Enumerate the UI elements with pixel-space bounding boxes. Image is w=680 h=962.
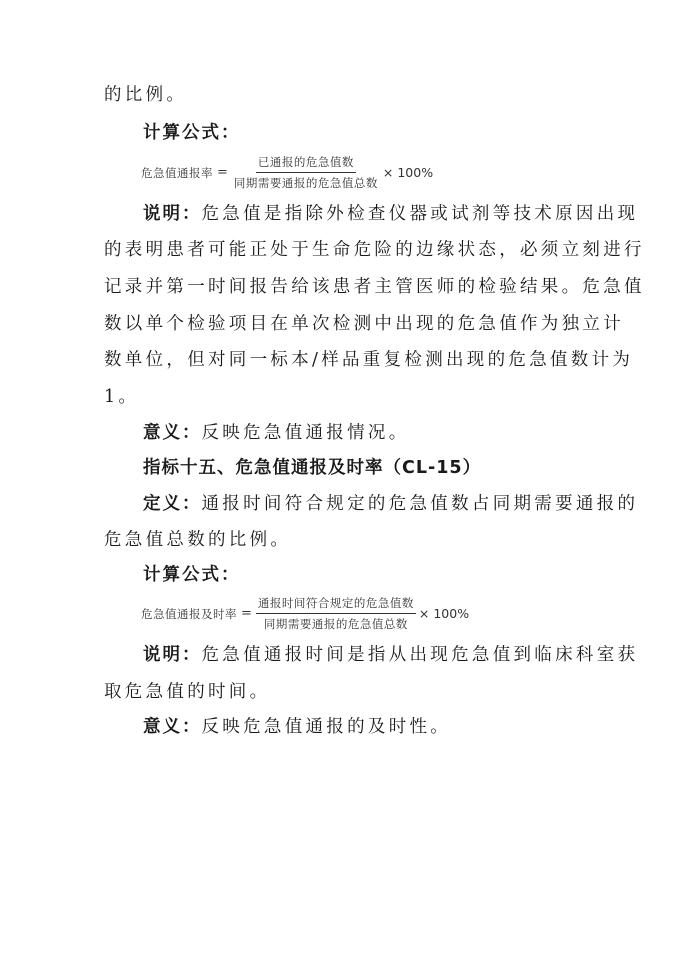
- formula1-denominator: 同期需要通报的危急值总数: [232, 173, 380, 191]
- formula2-fraction: 通报时间符合规定的危急值数 同期需要通报的危急值总数: [256, 595, 416, 632]
- paragraph-tail: 的比例。: [104, 84, 187, 106]
- formula1-multiplier: × 100%: [383, 165, 433, 180]
- formula2-label: 计算公式：: [143, 564, 241, 586]
- explain1-text: 危急值是指除外检查仪器或试剂等技术原因出现: [202, 204, 639, 224]
- formula2-lhs: 危急值通报及时率: [141, 606, 237, 622]
- definition2-line-0: 定义：通报时间符合规定的危急值数占同期需要通报的: [143, 493, 638, 515]
- definition2-line-1: 危急值总数的比例。: [104, 529, 291, 551]
- explain1-label: 说明：: [143, 204, 202, 224]
- formula2-multiplier: × 100%: [419, 606, 469, 621]
- explain2-text: 危急值通报时间是指从出现危急值到临床科室获: [202, 645, 639, 665]
- meaning2-text: 反映危急值通报的及时性。: [202, 717, 452, 737]
- formula1-numerator: 已通报的危急值数: [256, 154, 356, 173]
- formula2-equals: =: [241, 606, 252, 621]
- formula2: 危急值通报及时率 = 通报时间符合规定的危急值数 同期需要通报的危急值总数 × …: [141, 595, 469, 632]
- meaning2: 意义：反映危急值通报的及时性。: [143, 716, 451, 738]
- explain1-line-4: 数单位，但对同一标本/样品重复检测出现的危急值数计为: [104, 349, 633, 371]
- formula1-label: 计算公式：: [143, 122, 241, 144]
- explain2-label: 说明：: [143, 645, 202, 665]
- meaning2-label: 意义：: [143, 717, 202, 737]
- explain1-line-5: 1。: [104, 386, 139, 408]
- explain1-line-3: 数以单个检验项目在单次检测中出现的危急值作为独立计: [104, 313, 624, 335]
- formula2-numerator: 通报时间符合规定的危急值数: [256, 595, 416, 614]
- explain2-line-0: 说明：危急值通报时间是指从出现危急值到临床科室获: [143, 644, 638, 666]
- meaning1-text: 反映危急值通报情况。: [202, 423, 410, 443]
- explain1-line-0: 说明：危急值是指除外检查仪器或试剂等技术原因出现: [143, 203, 638, 225]
- formula2-denominator: 同期需要通报的危急值总数: [262, 614, 410, 632]
- explain1-line-2: 记录并第一时间报告给该患者主管医师的检验结果。危急值: [104, 276, 645, 298]
- explain1-line-1: 的表明患者可能正处于生命危险的边缘状态，必须立刻进行: [104, 239, 645, 261]
- formula1-equals: =: [217, 165, 228, 180]
- meaning1-label: 意义：: [143, 423, 202, 443]
- formula1-lhs: 危急值通报率: [141, 165, 213, 181]
- formula1-fraction: 已通报的危急值数 同期需要通报的危急值总数: [232, 154, 380, 191]
- formula1: 危急值通报率 = 已通报的危急值数 同期需要通报的危急值总数 × 100%: [141, 154, 433, 191]
- definition2-label: 定义：: [143, 494, 202, 514]
- meaning1: 意义：反映危急值通报情况。: [143, 422, 410, 444]
- section-heading: 指标十五、危急值通报及时率（CL-15）: [143, 457, 481, 479]
- definition2-text: 通报时间符合规定的危急值数占同期需要通报的: [202, 494, 639, 514]
- explain2-line-1: 取危急值的时间。: [104, 681, 270, 703]
